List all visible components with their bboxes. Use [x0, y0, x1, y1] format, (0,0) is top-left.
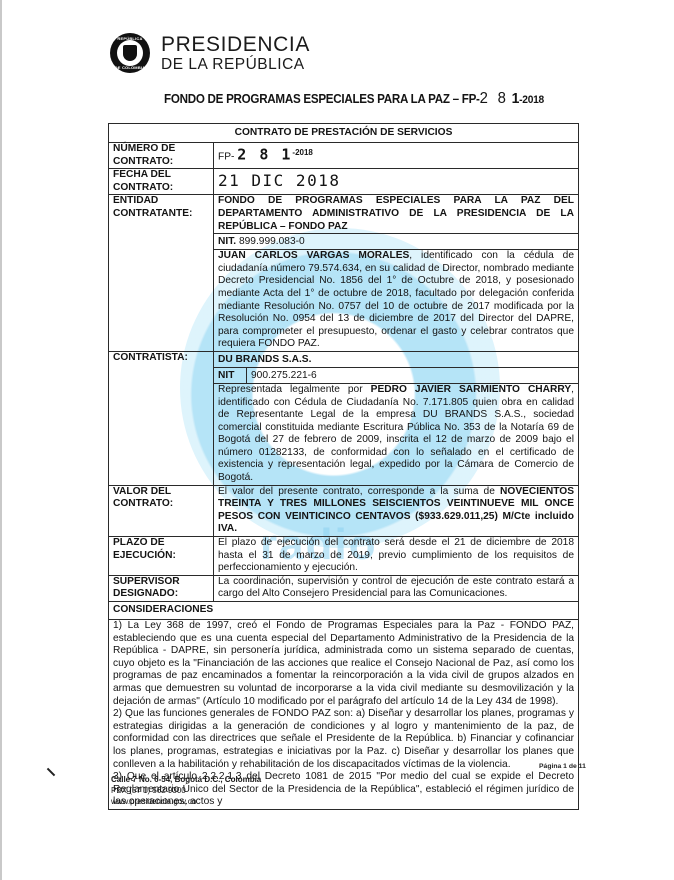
contract-table: CONTRATO DE PRESTACIÓN DE SERVICIOS NÚME…	[108, 123, 579, 810]
representante-name: JUAN CARLOS VARGAS MORALES	[218, 250, 409, 261]
supervisor-value: La coordinación, supervisión y control d…	[214, 575, 579, 601]
entidad-label: ENTIDAD CONTRATANTE:	[109, 195, 214, 352]
fecha-value: 21 DIC 2018	[214, 169, 579, 195]
fund-number-stamp: 2 8	[480, 90, 509, 107]
contratista-nit: NIT 900.275.221-6	[214, 368, 578, 384]
fund-year: -2018	[519, 94, 544, 106]
numero-value: FP- 2 8 1-2018	[214, 143, 579, 169]
valor-prefix: El valor del presente contrato, correspo…	[218, 486, 500, 497]
contract-title: CONTRATO DE PRESTACIÓN DE SERVICIOS	[109, 124, 579, 143]
contratista-name: DU BRANDS S.A.S.	[214, 352, 578, 368]
contratista-nit-label: NIT	[214, 368, 247, 383]
logo-title: PRESIDENCIA	[161, 34, 310, 55]
fund-title-text: FONDO DE PROGRAMAS ESPECIALES PARA LA PA…	[164, 92, 480, 106]
supervisor-label: SUPERVISOR DESIGNADO:	[109, 575, 214, 601]
consideraciones-heading: CONSIDERACIONES	[109, 602, 579, 620]
representante-text: , identificado con la cédula de ciudadan…	[218, 250, 574, 349]
numero-stamp: 2 8 1	[237, 145, 292, 163]
numero-year: -2018	[292, 148, 312, 157]
contratista-representante: Representada legalmente por PEDRO JAVIER…	[214, 384, 578, 485]
consideracion-3: 3) Que el artículo 2.2.2.1.3 del Decreto…	[113, 771, 574, 809]
contratista-rep-prefix: Representada legalmente por	[218, 384, 371, 395]
contratista-nit-value: 900.275.221-6	[247, 368, 579, 383]
presidencia-logo: REPÚBLICA DE COLOMBIA PRESIDENCIA DE LA …	[110, 33, 310, 73]
contratista-cell: DU BRANDS S.A.S. NIT 900.275.221-6 Repre…	[214, 351, 579, 485]
consideracion-1: 1) La Ley 368 de 1997, creó el Fondo de …	[113, 620, 574, 708]
plazo-label: PLAZO DE EJECUCIÓN:	[109, 537, 214, 576]
coat-of-arms-seal-icon: REPÚBLICA DE COLOMBIA	[110, 33, 150, 73]
numero-prefix: FP-	[218, 151, 234, 162]
entidad-nit-label: NIT.	[218, 236, 236, 247]
fund-number-stamp-bold: 1	[512, 90, 519, 107]
consideracion-2: 2) Que las funciones generales de FONDO …	[113, 708, 574, 771]
entidad-representante: JUAN CARLOS VARGAS MORALES, identificado…	[214, 250, 578, 351]
entidad-name: FONDO DE PROGRAMAS ESPECIALES PARA LA PA…	[214, 195, 578, 234]
valor-label: VALOR DEL CONTRATO:	[109, 485, 214, 536]
scan-edge	[0, 0, 2, 880]
entidad-cell: FONDO DE PROGRAMAS ESPECIALES PARA LA PA…	[214, 195, 579, 352]
fecha-label: FECHA DEL CONTRATO:	[109, 169, 214, 195]
logo-subtitle: DE LA REPÚBLICA	[161, 57, 310, 73]
entidad-nit-value: 899.999.083-0	[239, 236, 305, 247]
contratista-rep-name: PEDRO JAVIER SARMIENTO CHARRY	[371, 384, 572, 395]
plazo-value: El plazo de ejecución del contrato será …	[214, 537, 579, 576]
fund-title: FONDO DE PROGRAMAS ESPECIALES PARA LA PA…	[164, 90, 544, 108]
contratista-label: CONTRATISTA:	[109, 351, 214, 485]
seal-text-bottom: DE COLOMBIA	[110, 65, 150, 70]
numero-label: NÚMERO DE CONTRATO:	[109, 143, 214, 169]
shield-icon	[123, 45, 137, 61]
scan-artifact	[47, 768, 55, 776]
entidad-nit: NIT. 899.999.083-0	[214, 234, 578, 250]
contratista-rep-text: , identificado con Cédula de Ciudadanía …	[218, 384, 574, 483]
valor-value: El valor del presente contrato, correspo…	[214, 485, 579, 536]
consideraciones-body: 1) La Ley 368 de 1997, creó el Fondo de …	[109, 620, 579, 810]
